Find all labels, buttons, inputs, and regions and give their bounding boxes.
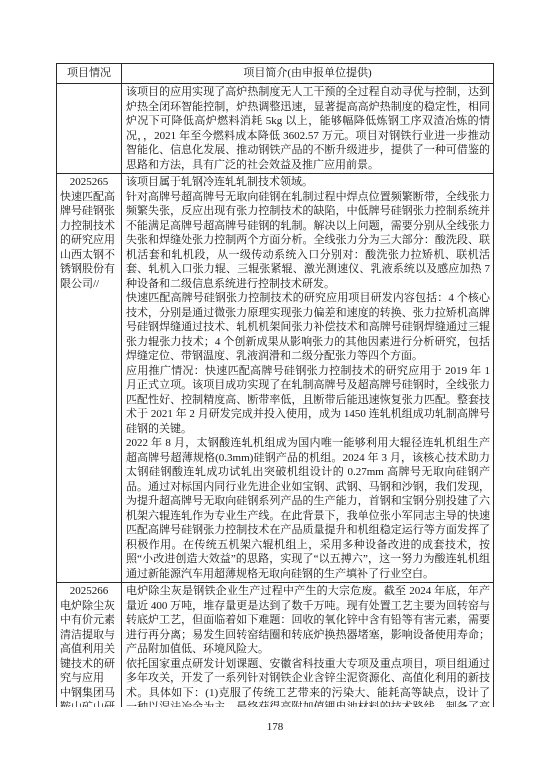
page-number: 178 [0, 720, 550, 734]
table-row: 2025265快速匹配高牌号硅钢张力控制技术的研究应用山西太钢不锈钢股份有限公司… [57, 174, 493, 583]
table-row: 该项目的应用实现了高炉热制度无人工干预的全过程自动寻优与控制，达到炉热全闭环智能… [57, 84, 493, 174]
document-page: 项目情况 项目简介(由申报单位提供) 该项目的应用实现了高炉热制度无人工干预的全… [0, 0, 550, 778]
column-header-project-info: 项目情况 [57, 64, 122, 83]
intro-paragraph: 该项目属于轧钢冷连轧轧制技术领域。 [126, 175, 490, 190]
projects-table: 项目情况 项目简介(由申报单位提供) 该项目的应用实现了高炉热制度无人工干预的全… [56, 63, 494, 707]
table-row: 2025266电炉除尘灰中有价元素清洁提取与高值利用关键技术的研究与应用中钢集团… [57, 583, 493, 707]
project-id: 2025266 [60, 584, 118, 599]
intro-paragraph: 依托国家重点研发计划课题、安徽省科技重大专项及重点项目，项目组通过多年攻关，开发… [126, 657, 490, 708]
table-header-row: 项目情况 项目简介(由申报单位提供) [57, 64, 493, 84]
project-intro-cell: 该项目的应用实现了高炉热制度无人工干预的全过程自动寻优与控制，达到炉热全闭环智能… [122, 84, 493, 173]
project-intro-cell: 电炉除尘灰是钢铁企业生产过程中产生的大宗危废。截至 2024 年底，年产量近 4… [122, 583, 493, 707]
table-body: 该项目的应用实现了高炉热制度无人工干预的全过程自动寻优与控制，达到炉热全闭环智能… [57, 84, 493, 707]
project-info-cell [57, 84, 122, 173]
project-org: 中钢集团马鞍山矿山研 [60, 686, 118, 708]
intro-paragraph: 快速匹配高牌号硅钢张力控制技术的研究应用项目研发内容包括：4 个核心技术，分别是… [126, 291, 490, 364]
intro-paragraph: 电炉除尘灰是钢铁企业生产过程中产生的大宗危废。截至 2024 年底，年产量近 4… [126, 584, 490, 657]
column-header-project-intro: 项目简介(由申报单位提供) [122, 64, 493, 83]
project-title: 电炉除尘灰中有价元素清洁提取与高值利用关键技术的研究与应用 [60, 599, 118, 686]
intro-paragraph: 针对高牌号超高牌号无取向硅钢在轧制过程中焊点位置频繁断带，全线张力频繁失张，反应… [126, 190, 490, 292]
project-intro-cell: 该项目属于轧钢冷连轧轧制技术领域。针对高牌号超高牌号无取向硅钢在轧制过程中焊点位… [122, 174, 493, 582]
intro-paragraph: 2022 年 8 月，太钢酸连轧机组成为国内唯一能够利用大辊径连轧机组生产超高牌… [126, 436, 490, 581]
intro-paragraph: 该项目的应用实现了高炉热制度无人工干预的全过程自动寻优与控制，达到炉热全闭环智能… [126, 85, 490, 172]
project-id: 2025265 [60, 175, 118, 190]
project-title: 快速匹配高牌号硅钢张力控制技术的研究应用 [60, 190, 118, 248]
project-org: 山西太钢不锈钢股份有限公司// [60, 248, 118, 292]
intro-paragraph: 应用推广情况：快速匹配高牌号硅钢张力控制技术的研究应用于 2019 年 1 月正… [126, 364, 490, 437]
project-info-cell: 2025266电炉除尘灰中有价元素清洁提取与高值利用关键技术的研究与应用中钢集团… [57, 583, 122, 707]
project-info-cell: 2025265快速匹配高牌号硅钢张力控制技术的研究应用山西太钢不锈钢股份有限公司… [57, 174, 122, 582]
